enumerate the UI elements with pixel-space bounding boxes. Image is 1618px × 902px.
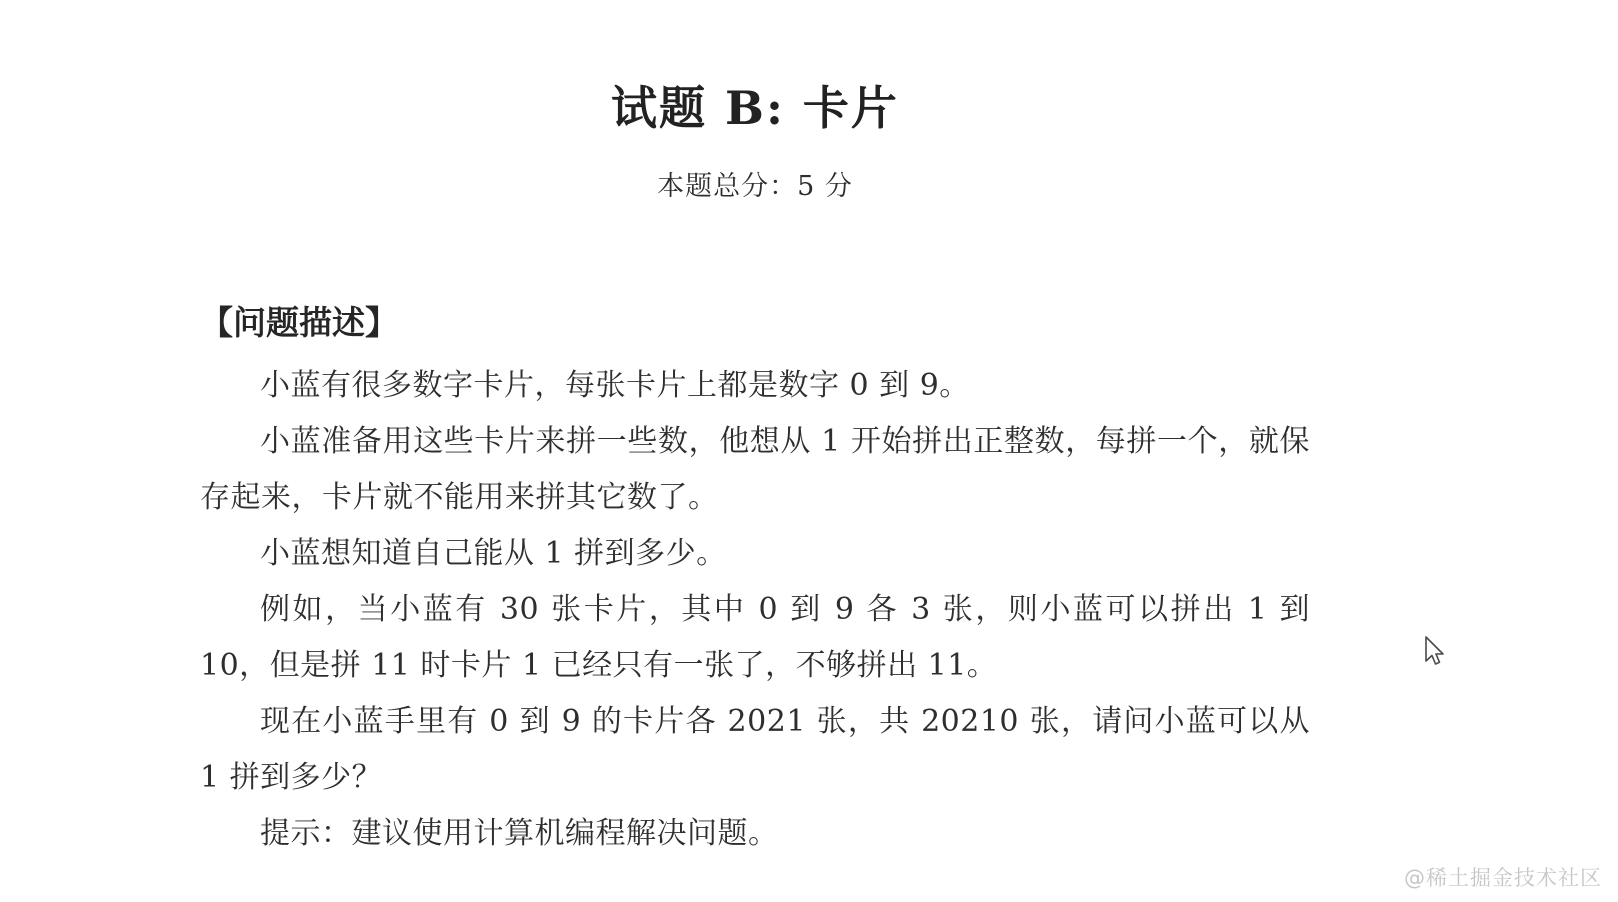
watermark: @稀土掘金技术社区 bbox=[1404, 862, 1602, 892]
paragraph: 小蓝有很多数字卡片，每张卡片上都是数字 0 到 9。 bbox=[200, 358, 1310, 414]
problem-body: 小蓝有很多数字卡片，每张卡片上都是数字 0 到 9。 小蓝准备用这些卡片来拼一些… bbox=[200, 358, 1310, 862]
document-page: 试题 B: 卡片 本题总分：5 分 【问题描述】 小蓝有很多数字卡片，每张卡片上… bbox=[0, 0, 1618, 902]
paragraph: 例如，当小蓝有 30 张卡片，其中 0 到 9 各 3 张，则小蓝可以拼出 1 … bbox=[200, 582, 1310, 694]
mouse-cursor-icon bbox=[1424, 636, 1446, 670]
paragraph: 小蓝准备用这些卡片来拼一些数，他想从 1 开始拼出正整数，每拼一个，就保存起来，… bbox=[200, 414, 1310, 526]
problem-document: 试题 B: 卡片 本题总分：5 分 【问题描述】 小蓝有很多数字卡片，每张卡片上… bbox=[200, 0, 1310, 862]
section-heading-problem-description: 【问题描述】 bbox=[200, 297, 1310, 344]
paragraph: 现在小蓝手里有 0 到 9 的卡片各 2021 张，共 20210 张，请问小蓝… bbox=[200, 694, 1310, 806]
paragraph: 小蓝想知道自己能从 1 拼到多少。 bbox=[200, 526, 1310, 582]
paragraph: 提示：建议使用计算机编程解决问题。 bbox=[200, 806, 1310, 862]
problem-title: 试题 B: 卡片 bbox=[200, 80, 1310, 138]
problem-score: 本题总分：5 分 bbox=[200, 164, 1310, 203]
